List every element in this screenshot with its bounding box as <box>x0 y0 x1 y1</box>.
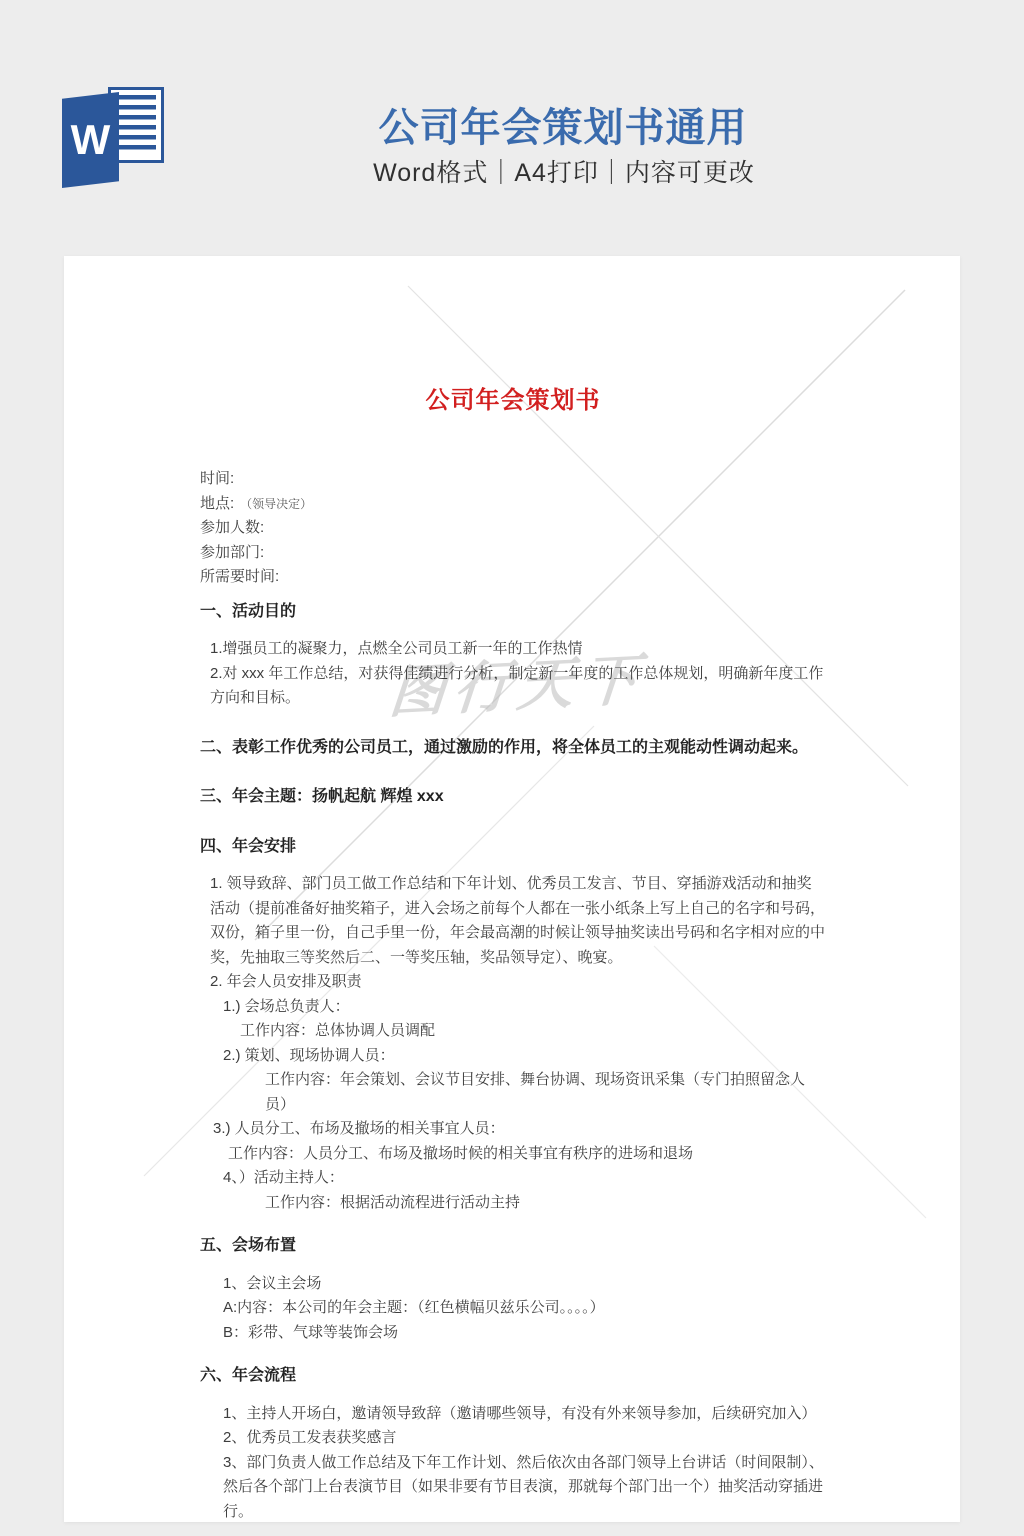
doc-line: 参加人数: <box>200 516 826 541</box>
doc-line: A:内容：本公司的年会主题：（红色横幅贝兹乐公司。。。。） <box>200 1296 826 1321</box>
doc-line: 1.增强员工的凝聚力，点燃全公司员工新一年的工作热情 <box>200 637 826 662</box>
doc-line: 三、年会主题：扬帆起航 辉煌 xxx <box>200 785 826 810</box>
template-preview-screen: W 公司年会策划书通用 Word格式｜A4打印｜内容可更改 图行天下 公司年会策… <box>0 0 1024 1536</box>
doc-line: 五、会场布置 <box>200 1234 826 1259</box>
doc-line: 所需要时间: <box>200 565 826 590</box>
doc-line: 工作内容：年会策划、会议节目安排、舞台协调、现场资讯采集（专门拍照留念人员） <box>200 1068 826 1117</box>
doc-line: 1、主持人开场白，邀请领导致辞（邀请哪些领导，有没有外来领导参加，后续研究加入） <box>200 1402 826 1427</box>
doc-line: 4、）活动主持人： <box>200 1166 826 1191</box>
doc-line: 工作内容：总体协调人员调配 <box>200 1019 826 1044</box>
page-title: 公司年会策划书通用 <box>51 96 1024 153</box>
document-preview-page: 图行天下 公司年会策划书 时间:地点: （领导决定）参加人数:参加部门:所需要时… <box>64 256 960 1522</box>
doc-line: 工作内容：人员分工、布场及撤场时候的相关事宜有秩序的进场和退场 <box>200 1142 826 1167</box>
doc-line: 1、会议主会场 <box>200 1272 826 1297</box>
doc-line: 时间: <box>200 467 826 492</box>
header: W 公司年会策划书通用 Word格式｜A4打印｜内容可更改 <box>0 0 1024 256</box>
doc-line: 2. 年会人员安排及职责 <box>200 970 826 995</box>
doc-line: 一、活动目的 <box>200 600 826 625</box>
doc-line: 二、表彰工作优秀的公司员工，通过激励的作用，将全体员工的主观能动性调动起来。 <box>200 736 826 761</box>
doc-line: 参加部门: <box>200 541 826 566</box>
doc-line: 2.) 策划、现场协调人员： <box>200 1044 826 1069</box>
doc-line: 2.对 xxx 年工作总结，对获得佳绩进行分析，制定新一年度的工作总体规划，明确… <box>200 662 826 711</box>
doc-line: 四、年会安排 <box>200 835 826 860</box>
doc-line: 工作内容：根据活动流程进行活动主持 <box>200 1191 826 1216</box>
document-body: 公司年会策划书 时间:地点: （领导决定）参加人数:参加部门:所需要时间:一、活… <box>64 256 960 1524</box>
doc-line: 3、部门负责人做工作总结及下年工作计划、然后依次由各部门领导上台讲话（时间限制）… <box>200 1451 826 1525</box>
doc-line: 2、优秀员工发表获奖感言 <box>200 1426 826 1451</box>
doc-line: 地点: （领导决定） <box>200 492 826 517</box>
doc-line: 六、年会流程 <box>200 1364 826 1389</box>
doc-line: 1.) 会场总负责人： <box>200 995 826 1020</box>
doc-line: B：彩带、气球等装饰会场 <box>200 1321 826 1346</box>
field-note: （领导决定） <box>234 497 312 511</box>
doc-line: 1. 领导致辞、部门员工做工作总结和下年计划、优秀员工发言、节目、穿插游戏活动和… <box>200 872 826 970</box>
doc-line: 3.) 人员分工、布场及撤场的相关事宜人员： <box>200 1117 826 1142</box>
page-subtitle: Word格式｜A4打印｜内容可更改 <box>52 153 1024 189</box>
doc-blocks: 时间:地点: （领导决定）参加人数:参加部门:所需要时间:一、活动目的1.增强员… <box>200 467 826 1524</box>
document-title: 公司年会策划书 <box>200 380 826 415</box>
